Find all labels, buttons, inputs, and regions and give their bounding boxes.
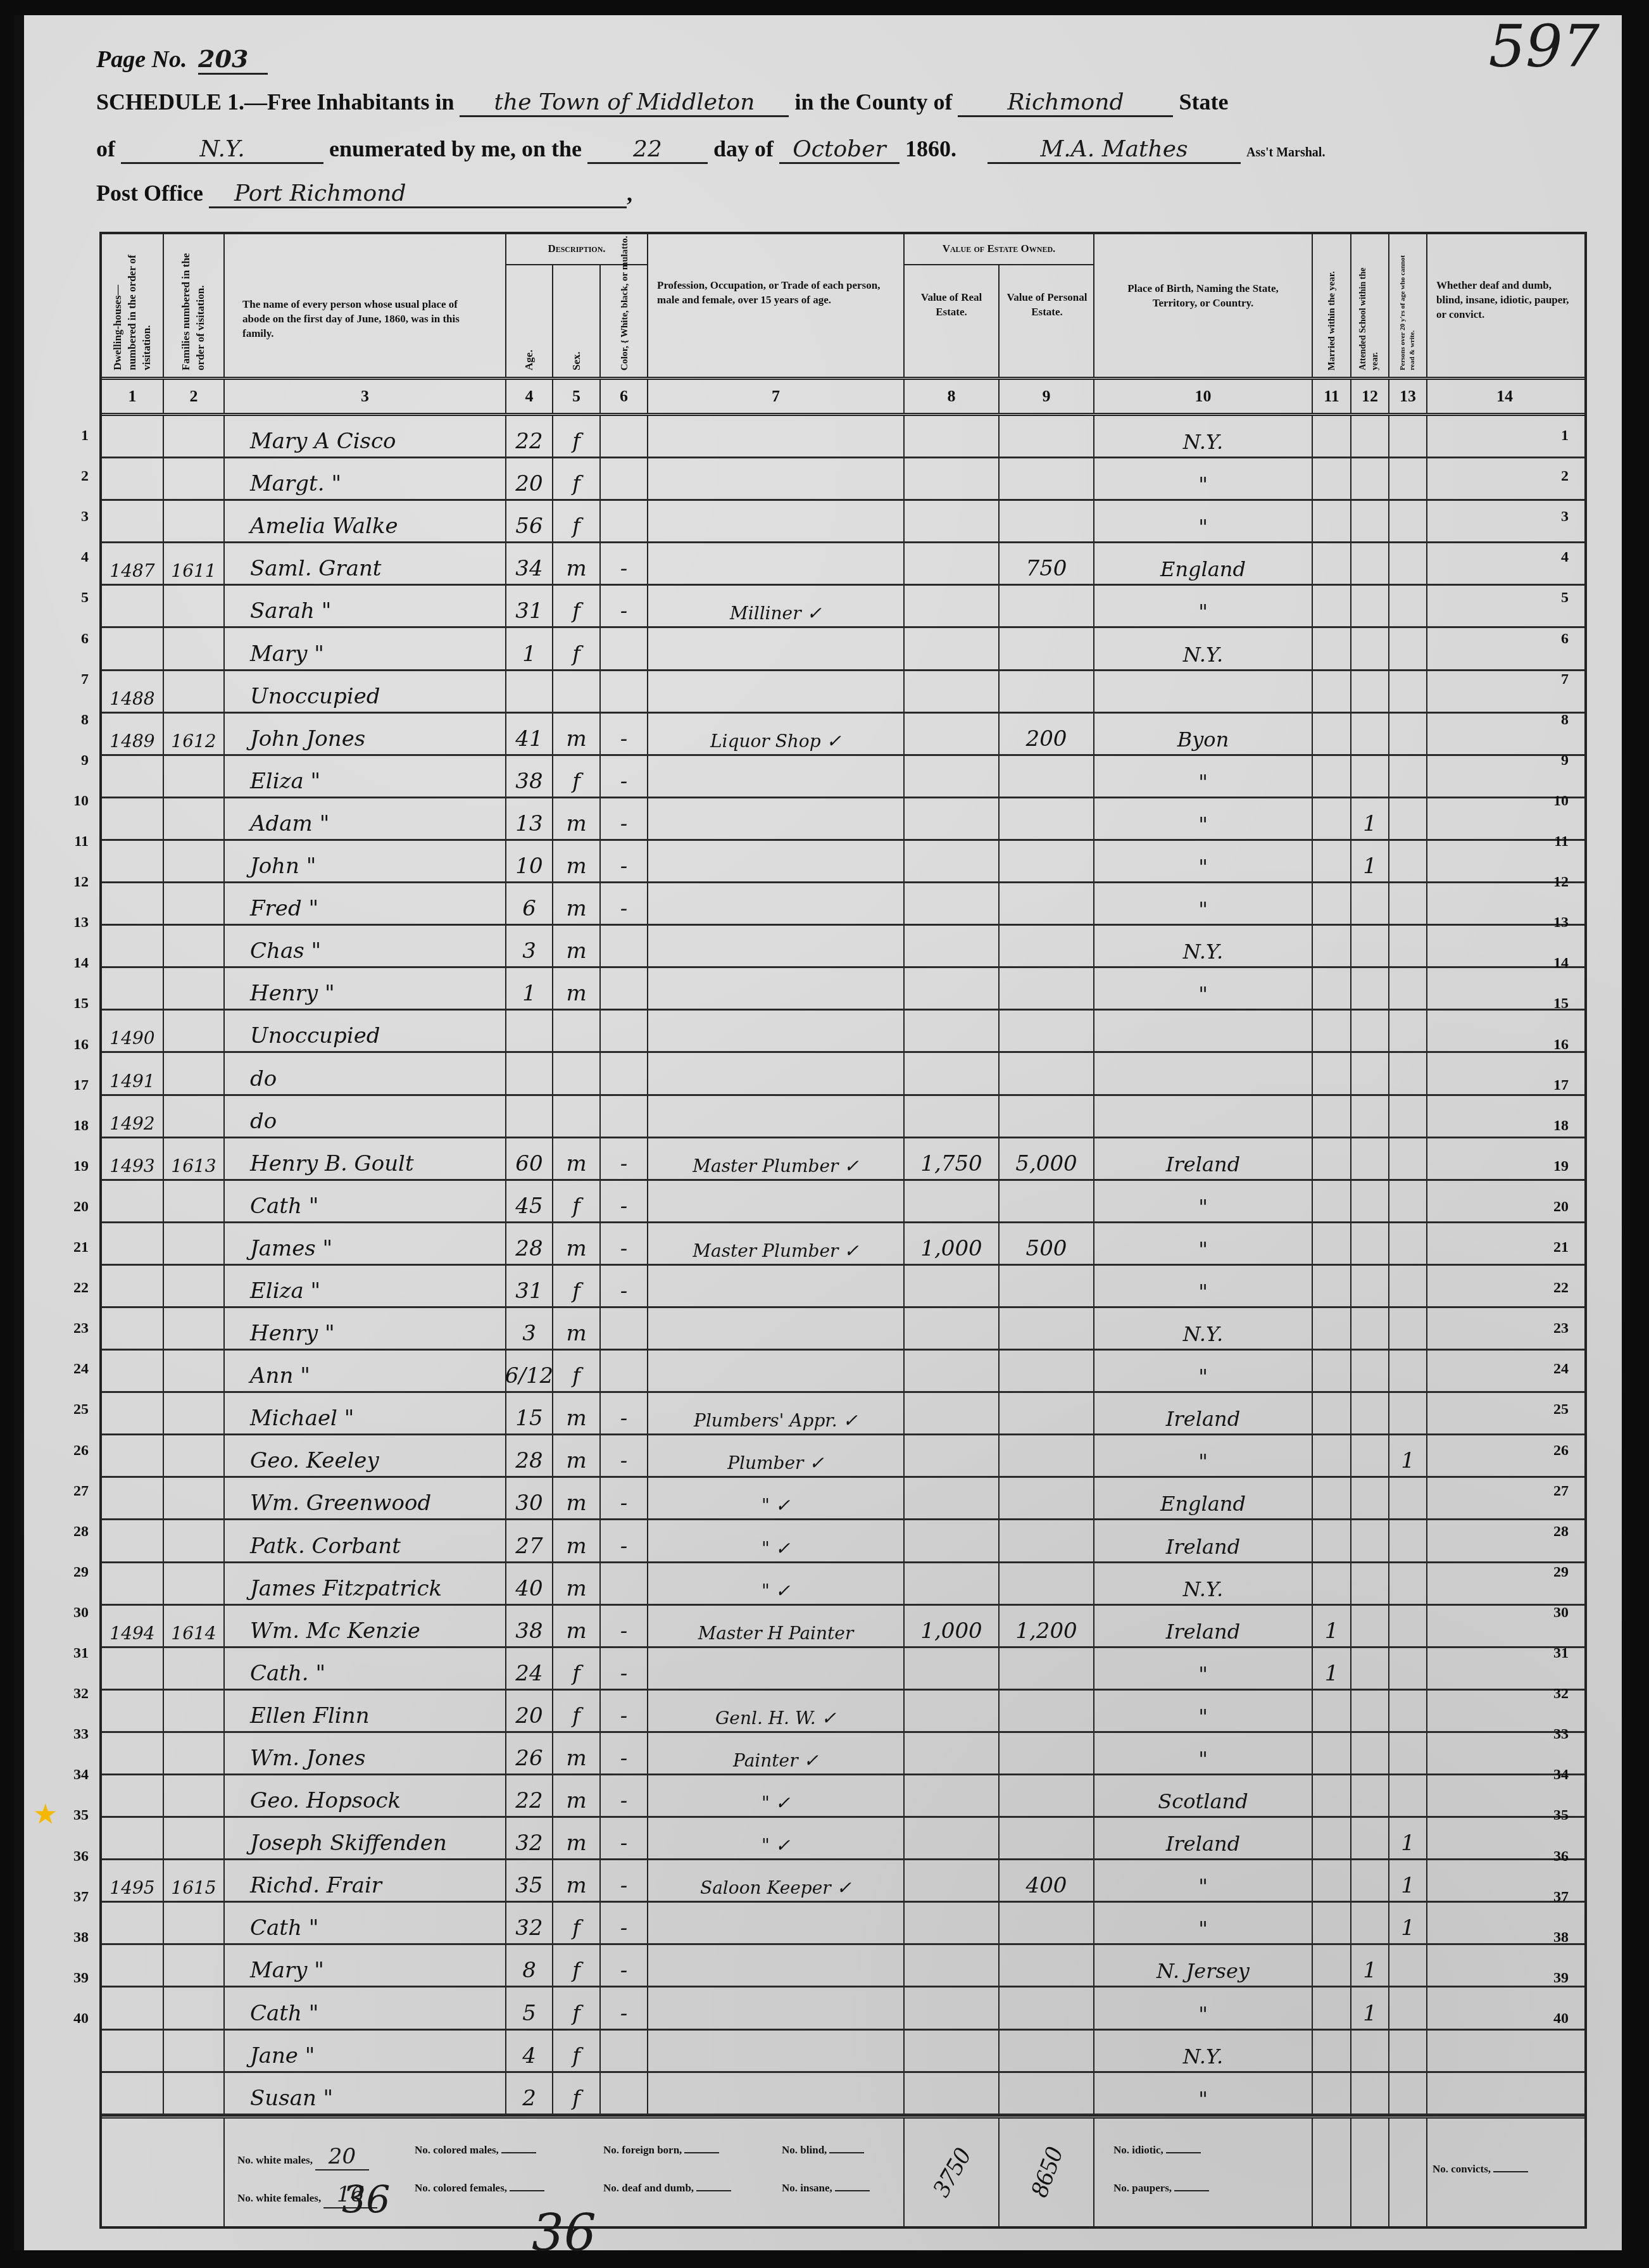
attended-school-cell: [1351, 756, 1389, 797]
family-number-cell: [164, 926, 225, 966]
family-number-cell: [164, 1435, 225, 1476]
personal-estate-value-cell: 500: [1000, 1223, 1094, 1264]
attended-school-cell: [1351, 1435, 1389, 1476]
estate-group-label: Value of Estate Owned.: [905, 234, 1093, 265]
color-cell: -: [601, 1818, 648, 1858]
person-name-cell: Mary A Cisco: [225, 416, 506, 457]
line-number-left: 5: [63, 589, 89, 607]
col-header-occupation: Profession, Occupation, or Trade of each…: [648, 234, 905, 377]
real-estate-value-cell: [905, 1393, 1000, 1433]
attended-school-cell: [1351, 628, 1389, 669]
attended-school-cell: [1351, 1818, 1389, 1858]
cannot-read-write-cell: [1389, 1988, 1427, 2028]
married-within-year-cell: [1313, 1988, 1351, 2028]
real-estate-value-cell: [905, 2031, 1000, 2071]
colored-females-count: No. colored females,: [415, 2182, 544, 2195]
person-name-cell: Mary ": [225, 1945, 506, 1986]
cannot-read-write-cell: [1389, 416, 1427, 457]
birthplace-cell: [1094, 1096, 1313, 1137]
white-males-count: No. white males,20: [237, 2144, 369, 2170]
cannot-read-write-cell: 1: [1389, 1818, 1427, 1858]
married-within-year-cell: [1313, 1478, 1351, 1518]
color-cell: -: [601, 1691, 648, 1731]
color-cell: -: [601, 1860, 648, 1901]
sex-cell: m: [553, 543, 601, 584]
col-header-name: The name of every person whose usual pla…: [225, 234, 506, 377]
real-estate-value-cell: [905, 926, 1000, 966]
real-estate-value-cell: 1,000: [905, 1606, 1000, 1646]
dwelling-number-cell: [102, 1393, 164, 1433]
color-cell: -: [601, 586, 648, 626]
personal-estate-value-cell: [1000, 1181, 1094, 1221]
line-number-right: 3: [1543, 508, 1569, 526]
occupation-cell: Master H Painter: [648, 1606, 905, 1646]
line-number-right: 30: [1543, 1604, 1569, 1622]
person-name-cell: Henry ": [225, 968, 506, 1009]
cannot-read-write-cell: [1389, 1733, 1427, 1773]
attended-school-cell: 1: [1351, 798, 1389, 839]
cannot-read-write-cell: [1389, 628, 1427, 669]
dwelling-number-cell: 1493: [102, 1138, 164, 1179]
col-group-estate: Value of Estate Owned. Value of Real Est…: [905, 234, 1094, 377]
attended-school-cell: [1351, 586, 1389, 626]
personal-estate-value-cell: [1000, 841, 1094, 881]
table-row: Henry "1m": [102, 968, 1584, 1011]
birthplace-cell: Ireland: [1094, 1606, 1313, 1646]
color-cell: [601, 501, 648, 541]
dwelling-number-cell: [102, 501, 164, 541]
married-within-year-cell: [1313, 628, 1351, 669]
family-number-cell: [164, 1011, 225, 1051]
real-estate-value-cell: [905, 1435, 1000, 1476]
line-number-left: 26: [63, 1442, 89, 1459]
real-estate-value-cell: [905, 1478, 1000, 1518]
family-number-cell: [164, 1691, 225, 1731]
family-number-cell: [164, 1096, 225, 1137]
birthplace-cell: [1094, 1011, 1313, 1051]
married-within-year-cell: [1313, 714, 1351, 754]
sex-cell: m: [553, 714, 601, 754]
birthplace-cell: [1094, 671, 1313, 712]
line-number-left: 9: [63, 752, 89, 769]
sex-cell: m: [553, 1223, 601, 1264]
dwelling-number-cell: [102, 1520, 164, 1561]
personal-estate-value-cell: [1000, 501, 1094, 541]
line-number-left: 24: [63, 1361, 89, 1378]
cannot-read-write-cell: [1389, 756, 1427, 797]
star-marker-icon: ★: [33, 1801, 58, 1829]
birthplace-cell: N.Y.: [1094, 1308, 1313, 1349]
line-number-right: 38: [1543, 1929, 1569, 1946]
sex-cell: [553, 1096, 601, 1137]
married-within-year-cell: [1313, 501, 1351, 541]
occupation-cell: Milliner ✓: [648, 586, 905, 626]
color-cell: [601, 968, 648, 1009]
of-label: of: [96, 136, 115, 161]
occupation-cell: [648, 1903, 905, 1943]
cannot-read-write-cell: [1389, 1606, 1427, 1646]
col-num: 3: [225, 380, 506, 413]
age-cell: 32: [506, 1903, 553, 1943]
infirmity-cell: [1427, 2031, 1582, 2071]
person-name-cell: Adam ": [225, 798, 506, 839]
dwelling-number-cell: [102, 798, 164, 839]
color-cell: -: [601, 1393, 648, 1433]
dwelling-number-cell: [102, 1478, 164, 1518]
birthplace-cell: ": [1094, 968, 1313, 1009]
attended-school-cell: [1351, 1733, 1389, 1773]
table-row: Chas "3mN.Y.: [102, 926, 1584, 968]
line-number-left: 32: [63, 1685, 89, 1703]
real-estate-value-cell: [905, 1308, 1000, 1349]
age-cell: 10: [506, 841, 553, 881]
line-number-right: 34: [1543, 1767, 1569, 1784]
cannot-read-write-cell: [1389, 458, 1427, 499]
real-estate-value-cell: [905, 756, 1000, 797]
col-header-personal-estate: Value of Personal Estate.: [1000, 265, 1094, 377]
personal-estate-value-cell: 5,000: [1000, 1138, 1094, 1179]
age-cell: 27: [506, 1520, 553, 1561]
family-number-cell: [164, 883, 225, 924]
marshal-signature: M.A. Mathes: [988, 136, 1241, 164]
cannot-read-write-cell: [1389, 926, 1427, 966]
col-header-married: Married within the year.: [1313, 234, 1351, 377]
line-number-left: 3: [63, 508, 89, 526]
birthplace-cell: Ireland: [1094, 1520, 1313, 1561]
real-estate-value-cell: [905, 1096, 1000, 1137]
cannot-read-write-cell: [1389, 1648, 1427, 1689]
occupation-cell: " ✓: [648, 1818, 905, 1858]
real-estate-value-cell: 1,750: [905, 1138, 1000, 1179]
family-number-cell: [164, 501, 225, 541]
deaf-dumb-count: No. deaf and dumb,: [603, 2182, 731, 2195]
occupation-cell: [648, 416, 905, 457]
dwelling-number-cell: [102, 1266, 164, 1306]
dwelling-number-cell: 1488: [102, 671, 164, 712]
sex-cell: m: [553, 841, 601, 881]
paupers-count: No. paupers,: [1113, 2182, 1209, 2195]
line-number-right: 37: [1543, 1889, 1569, 1906]
person-name-cell: James Fitzpatrick: [225, 1563, 506, 1604]
family-number-cell: 1614: [164, 1606, 225, 1646]
age-cell: 26: [506, 1733, 553, 1773]
married-within-year-cell: [1313, 968, 1351, 1009]
personal-estate-value-cell: [1000, 926, 1094, 966]
age-cell: 45: [506, 1181, 553, 1221]
sex-cell: m: [553, 1563, 601, 1604]
real-estate-value-cell: [905, 1988, 1000, 2028]
family-number-cell: [164, 1266, 225, 1306]
birthplace-cell: N.Y.: [1094, 2031, 1313, 2071]
person-name-cell: Cath ": [225, 1988, 506, 2028]
cannot-read-write-cell: [1389, 2031, 1427, 2071]
married-within-year-cell: [1313, 1181, 1351, 1221]
line-number-left: 17: [63, 1077, 89, 1094]
attended-school-cell: [1351, 1648, 1389, 1689]
person-name-cell: Geo. Keeley: [225, 1435, 506, 1476]
table-row: Adam "13m-"1: [102, 798, 1584, 841]
occupation-cell: [648, 968, 905, 1009]
birthplace-cell: Byon: [1094, 714, 1313, 754]
sex-cell: f: [553, 1903, 601, 1943]
person-name-cell: Amelia Walke: [225, 501, 506, 541]
family-number-cell: [164, 671, 225, 712]
line-number-left: 8: [63, 712, 89, 729]
family-number-cell: [164, 416, 225, 457]
dwelling-number-cell: 1492: [102, 1096, 164, 1137]
table-row: Wm. Jones26m-Painter ✓": [102, 1733, 1584, 1775]
table-row: Ann "6/12f": [102, 1351, 1584, 1393]
family-number-cell: [164, 1775, 225, 1816]
age-cell: 3: [506, 926, 553, 966]
dwelling-number-cell: 1489: [102, 714, 164, 754]
person-name-cell: do: [225, 1053, 506, 1093]
marshal-label: Ass't Marshal.: [1246, 146, 1325, 160]
attended-school-cell: [1351, 1011, 1389, 1051]
person-name-cell: Cath ": [225, 1181, 506, 1221]
age-cell: 22: [506, 416, 553, 457]
family-number-cell: [164, 1733, 225, 1773]
occupation-cell: Plumber ✓: [648, 1435, 905, 1476]
person-name-cell: do: [225, 1096, 506, 1137]
attended-school-cell: [1351, 1138, 1389, 1179]
family-number-cell: [164, 1053, 225, 1093]
sex-cell: f: [553, 628, 601, 669]
table-header: Dwelling-houses—numbered in the order of…: [102, 234, 1584, 380]
real-estate-value-cell: [905, 841, 1000, 881]
sex-cell: m: [553, 1775, 601, 1816]
age-cell: 6: [506, 883, 553, 924]
real-estate-value-cell: [905, 1733, 1000, 1773]
table-row: Ellen Flinn20f-Genl. H. W. ✓": [102, 1691, 1584, 1733]
attended-school-cell: [1351, 1181, 1389, 1221]
state-label: State: [1179, 89, 1228, 115]
handwritten-sum: 36: [342, 2178, 390, 2222]
married-within-year-cell: [1313, 586, 1351, 626]
family-number-cell: 1612: [164, 714, 225, 754]
attended-school-cell: [1351, 1606, 1389, 1646]
color-cell: -: [601, 1606, 648, 1646]
line-number-left: 33: [63, 1726, 89, 1743]
family-number-cell: [164, 968, 225, 1009]
sex-cell: f: [553, 2031, 601, 2071]
col-header-school: Attended School within the year.: [1351, 234, 1389, 377]
married-within-year-cell: [1313, 2073, 1351, 2114]
real-estate-total: 3750: [905, 2119, 1000, 2226]
dwelling-number-cell: [102, 1223, 164, 1264]
table-row: Michael "15m-Plumbers' Appr. ✓Ireland: [102, 1393, 1584, 1435]
birthplace-cell: ": [1094, 1181, 1313, 1221]
sex-cell: f: [553, 1181, 601, 1221]
person-name-cell: James ": [225, 1223, 506, 1264]
occupation-cell: [648, 1988, 905, 2028]
line-number-right: 35: [1543, 1807, 1569, 1824]
cannot-read-write-cell: [1389, 968, 1427, 1009]
birthplace-cell: ": [1094, 798, 1313, 839]
cannot-read-write-cell: [1389, 586, 1427, 626]
age-cell: 13: [506, 798, 553, 839]
line-number-left: 12: [63, 874, 89, 891]
birthplace-cell: N. Jersey: [1094, 1945, 1313, 1986]
birthplace-cell: Ireland: [1094, 1393, 1313, 1433]
dwelling-number-cell: [102, 926, 164, 966]
married-within-year-cell: [1313, 883, 1351, 924]
post-office-label: Post Office: [96, 180, 203, 206]
attended-school-cell: [1351, 1308, 1389, 1349]
line-number-right: 19: [1543, 1158, 1569, 1175]
real-estate-value-cell: [905, 671, 1000, 712]
county-field: Richmond: [958, 89, 1173, 117]
married-within-year-cell: [1313, 756, 1351, 797]
attended-school-cell: [1351, 1223, 1389, 1264]
line-number-left: 11: [63, 833, 89, 850]
real-estate-value-cell: [905, 458, 1000, 499]
dwelling-number-cell: [102, 416, 164, 457]
table-row: Amelia Walke56f": [102, 501, 1584, 543]
sex-cell: f: [553, 586, 601, 626]
table-body: Mary A Cisco22fN.Y.Margt. "20f"Amelia Wa…: [102, 416, 1584, 2115]
line-number-right: 29: [1543, 1564, 1569, 1581]
real-estate-value-cell: [905, 714, 1000, 754]
real-estate-value-cell: [905, 1520, 1000, 1561]
line-number-right: 25: [1543, 1401, 1569, 1418]
col-num: 5: [553, 380, 601, 413]
attended-school-cell: [1351, 968, 1389, 1009]
married-within-year-cell: [1313, 1435, 1351, 1476]
married-within-year-cell: [1313, 1138, 1351, 1179]
birthplace-cell: ": [1094, 1903, 1313, 1943]
personal-estate-value-cell: 200: [1000, 714, 1094, 754]
family-number-cell: [164, 1393, 225, 1433]
age-cell: 24: [506, 1648, 553, 1689]
table-row: Patk. Corbant27m-" ✓Ireland: [102, 1520, 1584, 1563]
attended-school-cell: [1351, 1393, 1389, 1433]
town-field: the Town of Middleton: [460, 89, 789, 117]
dwelling-number-cell: [102, 1733, 164, 1773]
cannot-read-write-cell: [1389, 798, 1427, 839]
personal-estate-value-cell: [1000, 1988, 1094, 2028]
occupation-cell: [648, 798, 905, 839]
color-cell: [601, 926, 648, 966]
dwelling-number-cell: [102, 2031, 164, 2071]
personal-estate-value-cell: [1000, 458, 1094, 499]
line-number-right: 24: [1543, 1361, 1569, 1378]
table-row: 14871611Saml. Grant34m-750England: [102, 543, 1584, 586]
cannot-read-write-cell: [1389, 1181, 1427, 1221]
age-cell: 31: [506, 586, 553, 626]
birthplace-cell: ": [1094, 586, 1313, 626]
line-number-right: 15: [1543, 995, 1569, 1012]
personal-estate-value-cell: [1000, 1520, 1094, 1561]
married-within-year-cell: [1313, 1775, 1351, 1816]
cannot-read-write-cell: [1389, 671, 1427, 712]
age-cell: 38: [506, 1606, 553, 1646]
married-within-year-cell: [1313, 1053, 1351, 1093]
real-estate-value-cell: [905, 1903, 1000, 1943]
age-cell: 4: [506, 2031, 553, 2071]
age-cell: [506, 1011, 553, 1051]
age-cell: 5: [506, 1988, 553, 2028]
birthplace-cell: Ireland: [1094, 1818, 1313, 1858]
col-num: 6: [601, 380, 648, 413]
married-within-year-cell: [1313, 1691, 1351, 1731]
occupation-cell: Master Plumber ✓: [648, 1223, 905, 1264]
married-within-year-cell: [1313, 798, 1351, 839]
cannot-read-write-cell: [1389, 1520, 1427, 1561]
occupation-cell: [648, 1053, 905, 1093]
personal-estate-value-cell: [1000, 1691, 1094, 1731]
footer-blank: [1351, 2119, 1389, 2226]
state-field: N.Y.: [121, 136, 323, 164]
age-cell: 28: [506, 1435, 553, 1476]
birthplace-cell: ": [1094, 1648, 1313, 1689]
occupation-cell: [648, 543, 905, 584]
birthplace-cell: [1094, 1053, 1313, 1093]
sex-cell: m: [553, 1606, 601, 1646]
cannot-read-write-cell: [1389, 1266, 1427, 1306]
table-row: Cath "5f-"1: [102, 1988, 1584, 2030]
table-row: 1488Unoccupied: [102, 671, 1584, 714]
color-cell: -: [601, 1435, 648, 1476]
sex-cell: f: [553, 458, 601, 499]
color-cell: -: [601, 1223, 648, 1264]
personal-estate-value-cell: [1000, 1011, 1094, 1051]
line-number-left: 30: [63, 1604, 89, 1622]
sex-cell: f: [553, 1988, 601, 2028]
attended-school-cell: [1351, 1478, 1389, 1518]
occupation-cell: [648, 671, 905, 712]
occupation-cell: [648, 1181, 905, 1221]
person-name-cell: Michael ": [225, 1393, 506, 1433]
person-name-cell: Mary ": [225, 628, 506, 669]
foreign-born-count: No. foreign born,: [603, 2144, 719, 2157]
real-estate-value-cell: [905, 798, 1000, 839]
person-name-cell: Cath. ": [225, 1648, 506, 1689]
post-office-line: Post Office Port Richmond,: [96, 180, 632, 208]
occupation-cell: [648, 1096, 905, 1137]
attended-school-cell: [1351, 1860, 1389, 1901]
line-number-right: 18: [1543, 1118, 1569, 1135]
table-row: John "10m-"1: [102, 841, 1584, 883]
married-within-year-cell: [1313, 1945, 1351, 1986]
person-name-cell: Jane ": [225, 2031, 506, 2071]
family-number-cell: [164, 1308, 225, 1349]
family-number-cell: 1615: [164, 1860, 225, 1901]
attended-school-cell: [1351, 1266, 1389, 1306]
family-number-cell: [164, 2073, 225, 2114]
sex-cell: f: [553, 1648, 601, 1689]
footer-idiotic-paupers: No. idiotic, No. paupers,: [1094, 2119, 1313, 2226]
attended-school-cell: [1351, 1775, 1389, 1816]
family-number-cell: [164, 2031, 225, 2071]
personal-estate-total: 8650: [1000, 2119, 1094, 2226]
age-cell: 28: [506, 1223, 553, 1264]
col-num: 14: [1427, 380, 1582, 413]
real-estate-value-cell: [905, 416, 1000, 457]
line-number-right: 32: [1543, 1685, 1569, 1703]
attended-school-cell: 1: [1351, 1945, 1389, 1986]
family-number-cell: [164, 1903, 225, 1943]
occupation-cell: [648, 1648, 905, 1689]
line-number-right: 26: [1543, 1442, 1569, 1459]
line-number-right: 2: [1543, 468, 1569, 485]
line-number-left: 37: [63, 1889, 89, 1906]
line-number-left: 22: [63, 1280, 89, 1297]
attended-school-cell: [1351, 1351, 1389, 1391]
sex-cell: m: [553, 883, 601, 924]
line-number-left: 29: [63, 1564, 89, 1581]
post-office-field: Port Richmond: [209, 180, 627, 208]
